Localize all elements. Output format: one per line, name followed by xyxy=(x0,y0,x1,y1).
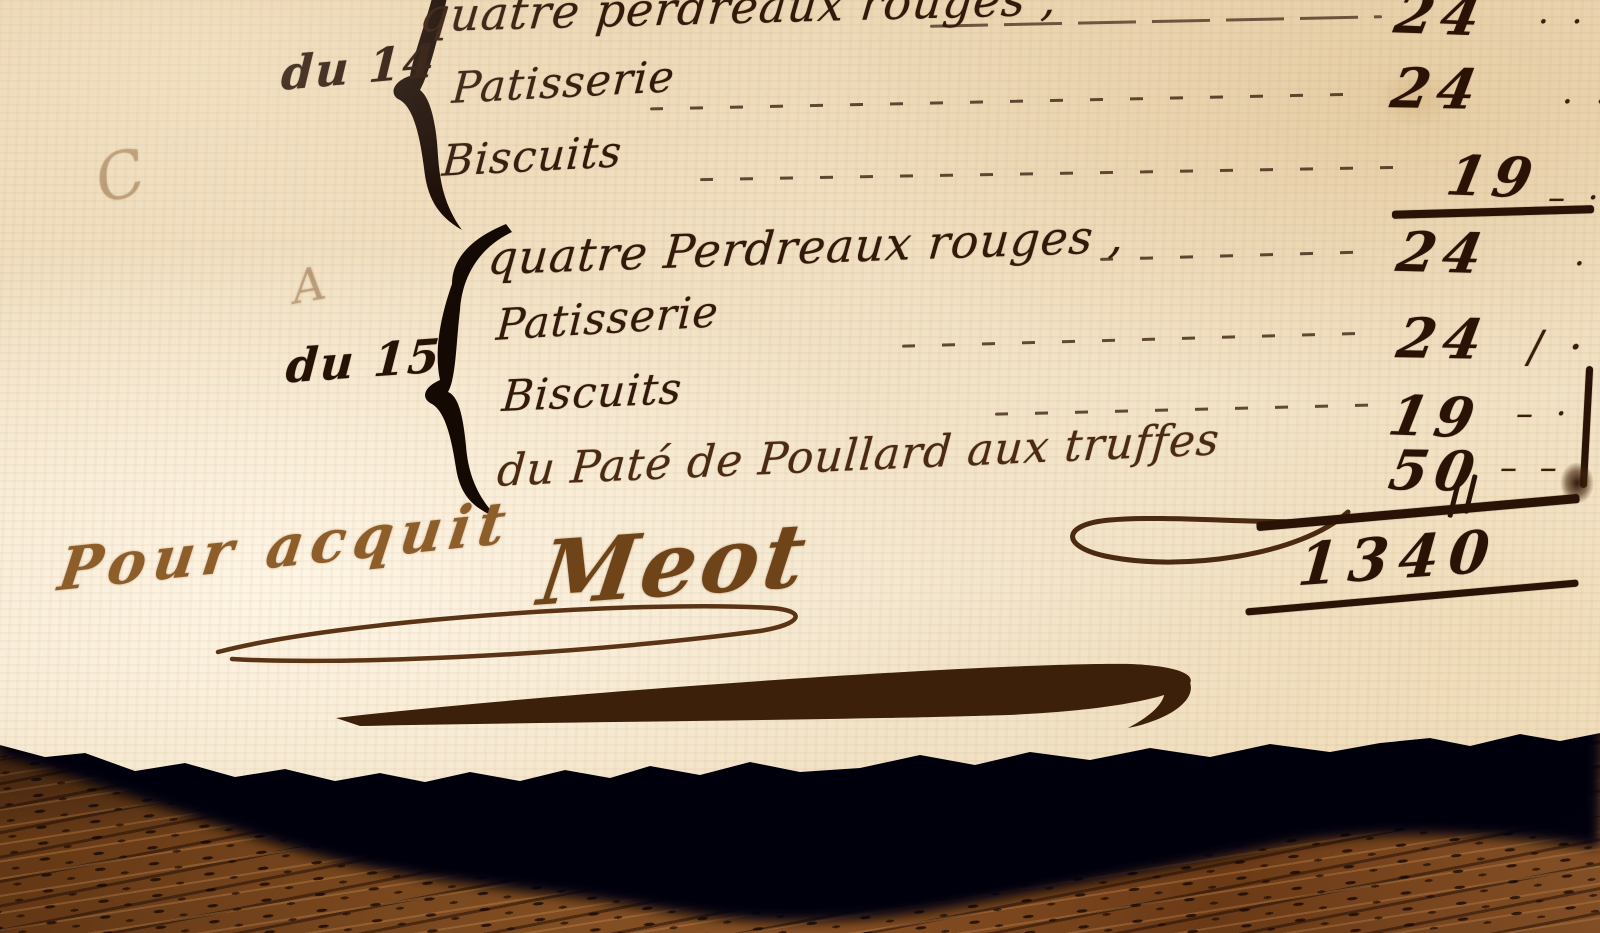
total-amount: 1340 xyxy=(1295,517,1502,600)
amount-value: 24 xyxy=(1392,305,1494,371)
line-item-label: Biscuits xyxy=(440,127,624,187)
trail-dots: · · xyxy=(1538,2,1588,42)
trail-dots: · · xyxy=(1574,244,1600,284)
line-item-label: Biscuits xyxy=(500,364,684,422)
amount-value: 24 xyxy=(1392,219,1495,286)
trail-dots: · · xyxy=(1562,82,1600,122)
amount-value: 24 xyxy=(1390,0,1493,48)
date-label-du15: du 15 xyxy=(284,328,443,393)
amount-value: 24 xyxy=(1386,55,1488,121)
photo-of-handwritten-bill: C A du 14 du 15 quatre perdreaux rouges … xyxy=(0,0,1600,933)
trail-dots: – · xyxy=(1516,394,1573,434)
signature: Meot xyxy=(533,502,816,626)
trail-dots: / · xyxy=(1528,322,1589,373)
amount-value: 19 xyxy=(1442,143,1545,211)
trail-dots: – – xyxy=(1500,448,1563,488)
